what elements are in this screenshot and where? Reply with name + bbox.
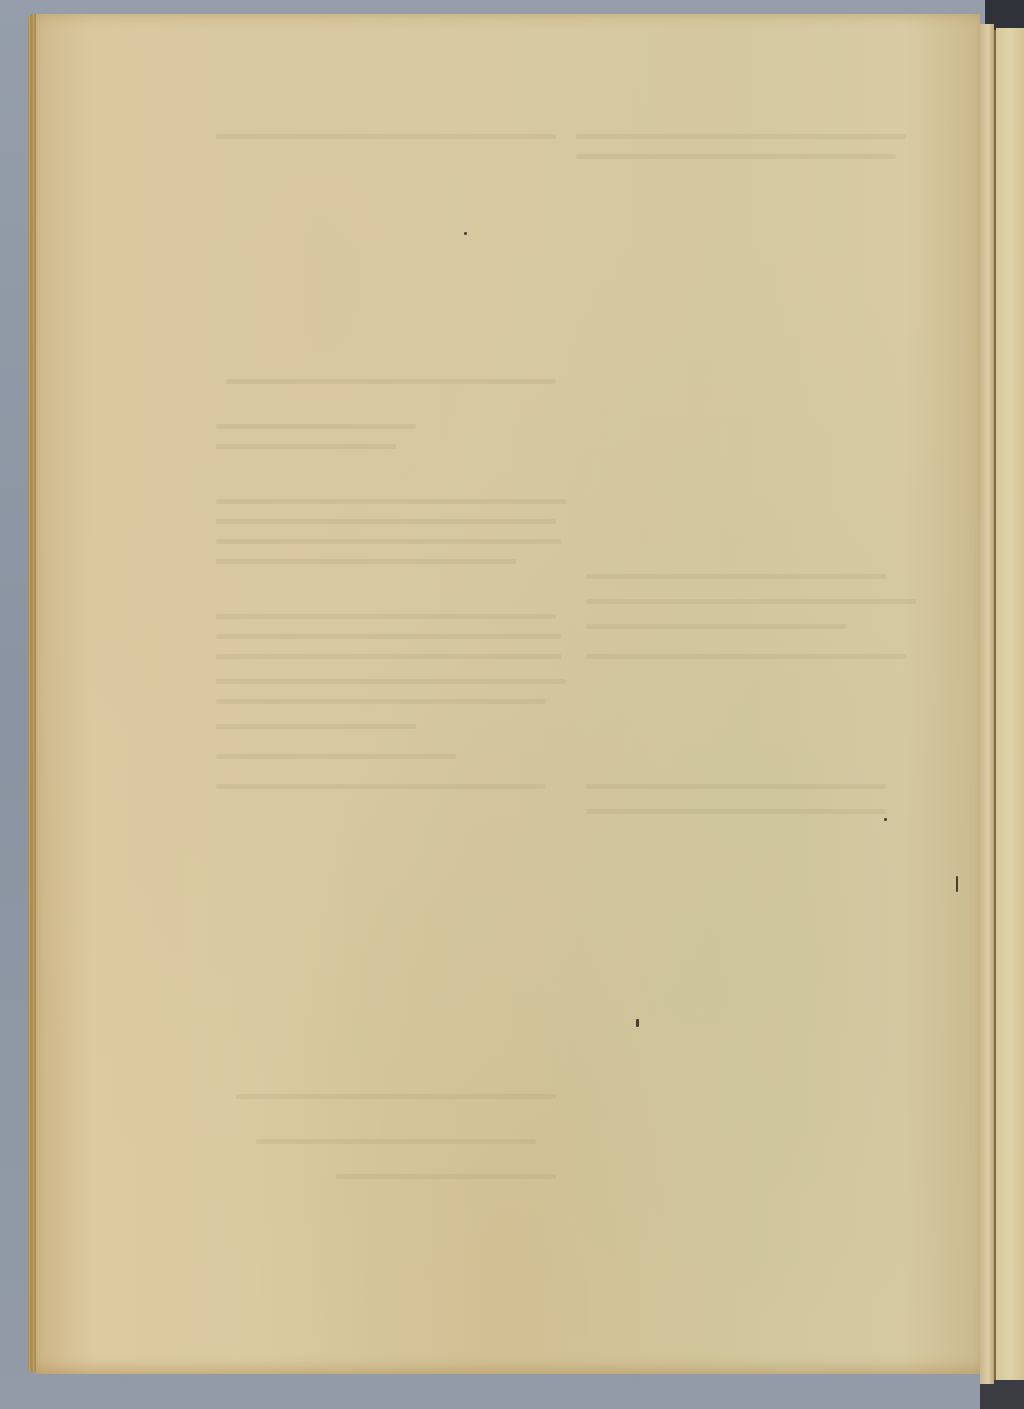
paper-speck [636, 1019, 639, 1027]
bleed-through-text [36, 14, 980, 1374]
page-gutter [980, 24, 994, 1384]
paper-speck [464, 232, 467, 235]
paper-speck [956, 876, 958, 892]
facing-page-edge [996, 28, 1024, 1380]
paper-speck [884, 818, 887, 821]
blank-page [36, 14, 980, 1374]
